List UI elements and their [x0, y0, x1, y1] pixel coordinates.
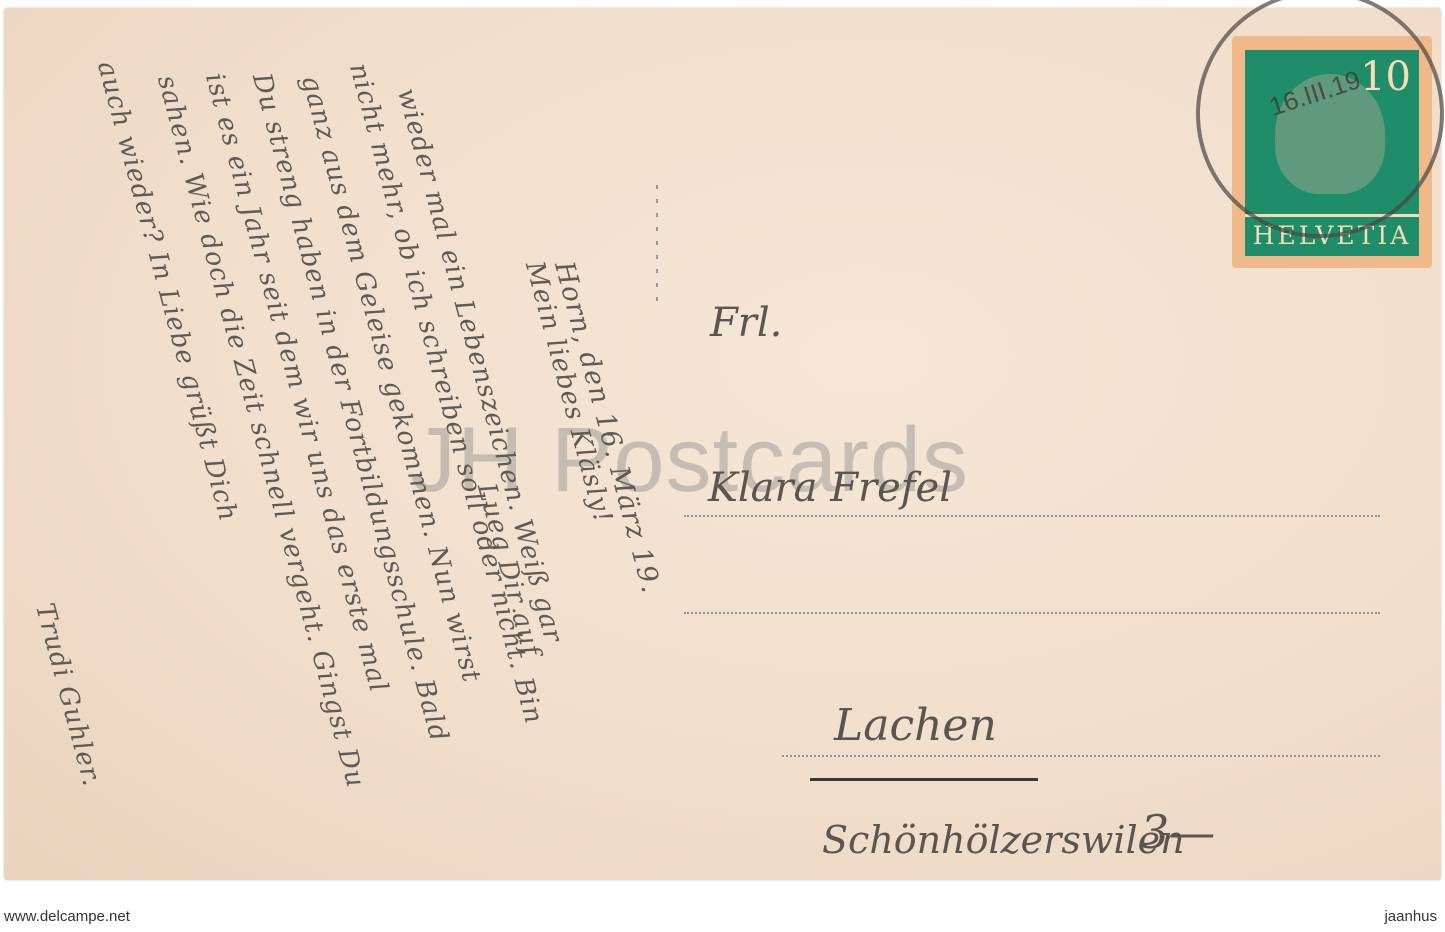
source-link[interactable]: www.delcampe.net [4, 908, 130, 925]
place-underline [810, 778, 1038, 781]
divider-line [656, 185, 658, 305]
address-line-3 [782, 755, 1380, 757]
address-note: 3— [1140, 805, 1215, 859]
address-name: Klara Frefel [708, 465, 952, 511]
postmark-circle [1196, 0, 1444, 238]
address-title: Frl. [710, 300, 782, 346]
address-line-2 [684, 612, 1380, 614]
address-street: Schönhölzerswilen [822, 818, 1185, 862]
address-place: Lachen [834, 700, 997, 751]
address-line-1 [684, 515, 1380, 517]
seller-name: jaanhus [1384, 908, 1437, 925]
